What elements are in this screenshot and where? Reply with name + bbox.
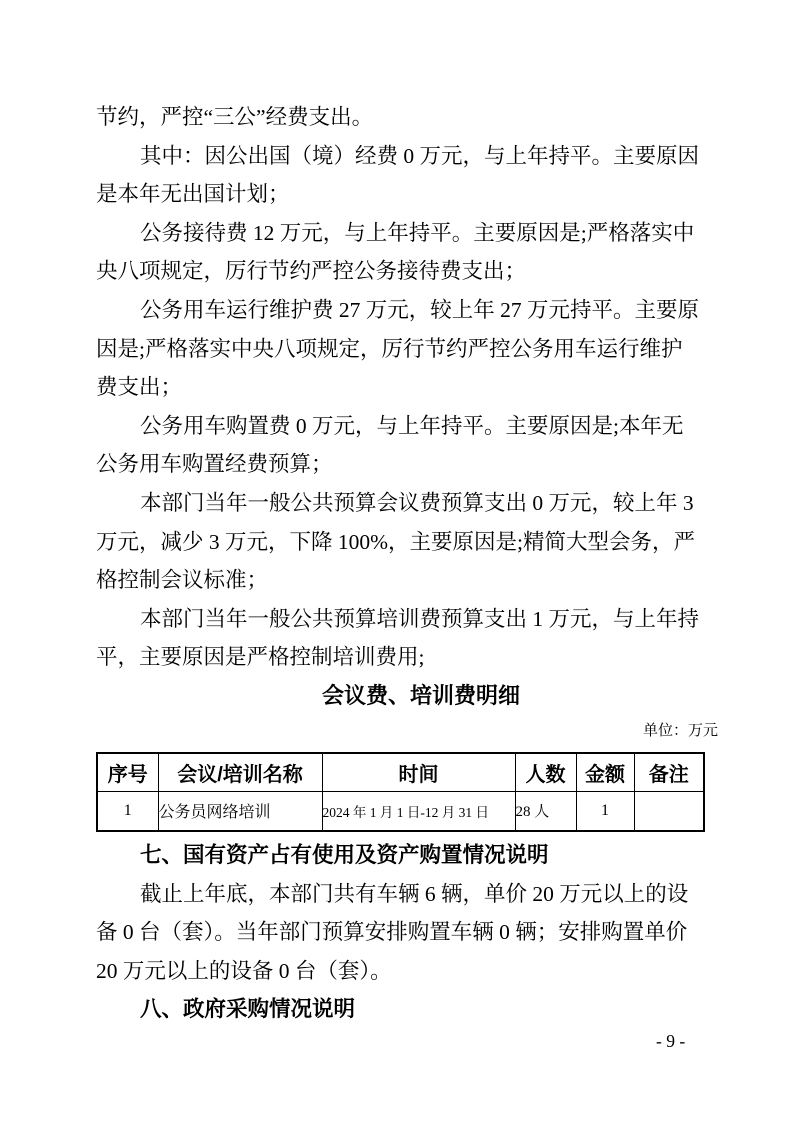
document-page: 节约，严控“三公”经费支出。 其中：因公出国（境）经费 0 万元，与上年持平。主… bbox=[0, 0, 793, 1122]
table-cell: 公务员网络培训 bbox=[158, 791, 322, 831]
body-line: 万元，减少 3 万元，下降 100%，主要原因是;精简大型会务，严 bbox=[96, 523, 702, 562]
body-line: 其中：因公出国（境）经费 0 万元，与上年持平。主要原因 bbox=[96, 137, 702, 176]
table-header-cell: 会议/培训名称 bbox=[158, 753, 322, 792]
table-row: 1 公务员网络培训 2024 年 1 月 1 日-12 月 31 日 28 人 … bbox=[97, 791, 704, 831]
body-line: 20 万元以上的设备 0 台（套）。 bbox=[96, 952, 702, 991]
body-line: 央八项规定，厉行节约严控公务接待费支出； bbox=[96, 252, 702, 291]
table-cell: 1 bbox=[576, 791, 634, 831]
table-header-cell: 备注 bbox=[634, 753, 704, 792]
meeting-table-title: 会议费、培训费明细 bbox=[96, 677, 702, 715]
body-line: 公务用车运行维护费 27 万元，较上年 27 万元持平。主要原 bbox=[96, 291, 702, 330]
table-header-cell: 序号 bbox=[97, 753, 158, 792]
body-line: 备 0 台（套）。当年部门预算安排购置车辆 0 辆；安排购置单价 bbox=[96, 913, 702, 952]
body-line: 格控制会议标准； bbox=[96, 561, 702, 600]
table-cell: 2024 年 1 月 1 日-12 月 31 日 bbox=[322, 791, 515, 831]
body-line: 公务用车购置费 0 万元，与上年持平。主要原因是;本年无 bbox=[96, 407, 702, 446]
table-cell bbox=[634, 791, 704, 831]
table-header-row: 序号 会议/培训名称 时间 人数 金额 备注 bbox=[97, 753, 704, 792]
table-cell: 1 bbox=[97, 791, 158, 831]
table-cell: 28 人 bbox=[515, 791, 576, 831]
body-line: 公务接待费 12 万元，与上年持平。主要原因是;严格落实中 bbox=[96, 214, 702, 253]
body-line: 因是;严格落实中央八项规定，厉行节约严控公务用车运行维护 bbox=[96, 330, 702, 369]
body-line: 是本年无出国计划； bbox=[96, 175, 702, 214]
page-number: - 9 - bbox=[656, 1031, 685, 1051]
body-line: 公务用车购置经费预算； bbox=[96, 445, 702, 484]
body-line: 平，主要原因是严格控制培训费用; bbox=[96, 638, 702, 677]
section-heading-procurement: 八、政府采购情况说明 bbox=[96, 990, 702, 1029]
meeting-training-table: 序号 会议/培训名称 时间 人数 金额 备注 1 公务员网络培训 2024 年 … bbox=[96, 752, 705, 832]
table-header-cell: 人数 bbox=[515, 753, 576, 792]
section-heading-assets: 七、国有资产占有使用及资产购置情况说明 bbox=[96, 836, 702, 875]
body-line: 截止上年底，本部门共有车辆 6 辆，单价 20 万元以上的设 bbox=[96, 875, 702, 914]
unit-label: 单位：万元 bbox=[96, 717, 718, 745]
document-body: 节约，严控“三公”经费支出。 其中：因公出国（境）经费 0 万元，与上年持平。主… bbox=[96, 98, 702, 1029]
table-header-cell: 时间 bbox=[322, 753, 515, 792]
body-line: 费支出； bbox=[96, 368, 702, 407]
table-header-cell: 金额 bbox=[576, 753, 634, 792]
body-line: 节约，严控“三公”经费支出。 bbox=[96, 98, 702, 137]
body-line: 本部门当年一般公共预算会议费预算支出 0 万元，较上年 3 bbox=[96, 484, 702, 523]
body-line: 本部门当年一般公共预算培训费预算支出 1 万元，与上年持 bbox=[96, 600, 702, 639]
